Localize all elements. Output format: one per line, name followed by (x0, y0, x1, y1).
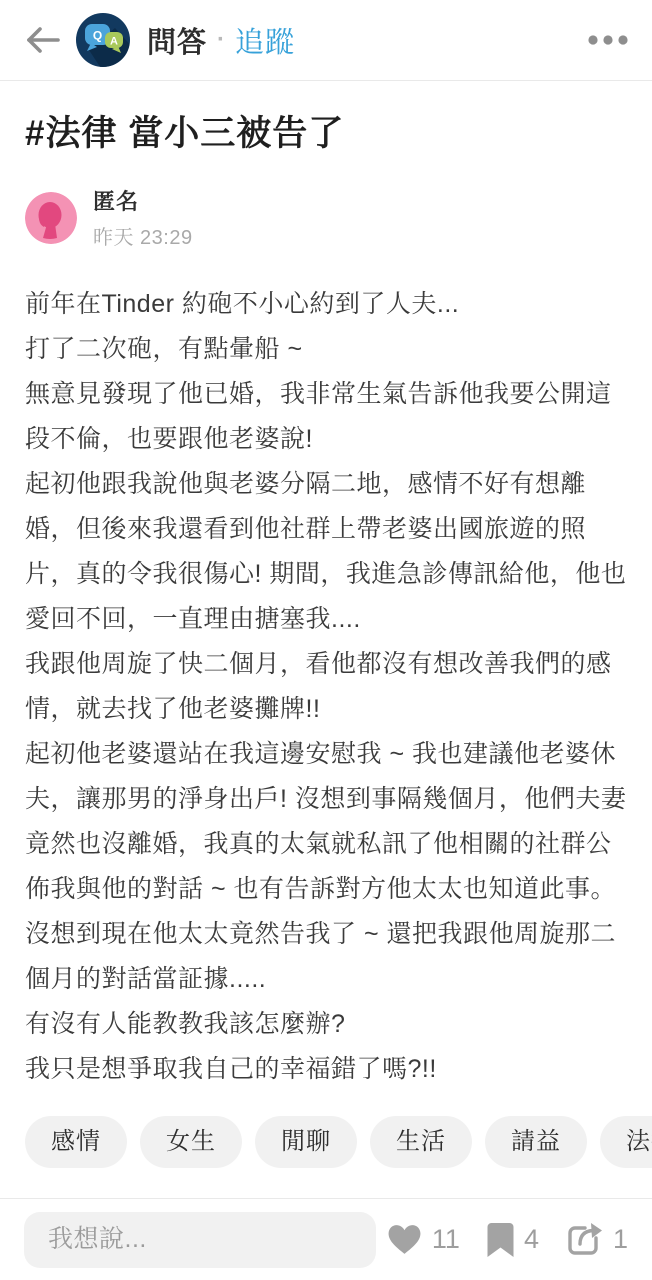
back-button[interactable] (22, 23, 64, 57)
post-detail-screen: Q A 問答 · 追蹤 #法律 當小三被告了 (0, 0, 652, 1280)
comment-input[interactable] (24, 1212, 376, 1268)
anonymous-avatar-icon (25, 192, 77, 244)
tag-row: 感情 女生 閒聊 生活 請益 法律 (25, 1116, 627, 1168)
body-line: 我只是想爭取我自己的幸福錯了嗎?!! (25, 1047, 627, 1092)
arrow-left-icon (22, 24, 62, 56)
bookmark-button[interactable]: 4 (486, 1222, 539, 1258)
author-row: 匿名 昨天 23:29 (25, 185, 627, 250)
like-count: 11 (432, 1224, 460, 1255)
qa-logo-icon: Q A (76, 13, 130, 67)
share-icon (565, 1221, 604, 1258)
svg-text:Q: Q (93, 29, 102, 43)
top-bar: Q A 問答 · 追蹤 (0, 0, 652, 81)
body-line: 竟然也沒離婚，我真的太氣就私訊了他相關的社群公 (25, 822, 627, 867)
more-options-button[interactable] (584, 25, 630, 55)
body-line: 段不倫，也要跟他老婆說! (25, 417, 627, 462)
like-button[interactable]: 11 (386, 1223, 460, 1256)
body-line: 夫，讓那男的淨身出戶! 沒想到事隔幾個月，他們夫妻 (25, 777, 627, 822)
avatar[interactable] (25, 192, 77, 244)
post-timestamp: 昨天 23:29 (93, 221, 193, 250)
body-line: 愛回不回，一直理由搪塞我.... (25, 597, 627, 642)
ellipsis-icon (586, 34, 630, 46)
tag-pill[interactable]: 生活 (370, 1116, 472, 1168)
follow-link[interactable]: 追蹤 (235, 20, 295, 61)
comment-bar: 11 4 1 (0, 1198, 652, 1280)
body-line: 情，就去找了他老婆攤牌!! (25, 687, 627, 732)
bookmark-icon (486, 1222, 515, 1258)
tag-pill[interactable]: 感情 (25, 1116, 127, 1168)
tag-pill[interactable]: 閒聊 (255, 1116, 357, 1168)
author-meta: 匿名 昨天 23:29 (93, 185, 193, 250)
body-line: 無意見發現了他已婚，我非常生氣告訴他我要公開這 (25, 372, 627, 417)
bookmark-count: 4 (524, 1224, 539, 1255)
author-name: 匿名 (93, 185, 193, 216)
tag-pill[interactable]: 法律 (600, 1116, 652, 1168)
body-line: 婚，但後來我還看到他社群上帶老婆出國旅遊的照 (25, 507, 627, 552)
tag-pill[interactable]: 請益 (485, 1116, 587, 1168)
body-line: 前年在Tinder 約砲不小心約到了人夫... (25, 282, 627, 327)
share-button[interactable]: 1 (565, 1221, 628, 1258)
body-line: 起初他老婆還站在我這邊安慰我 ~ 我也建議他老婆休 (25, 732, 627, 777)
heart-icon (386, 1223, 423, 1256)
post-title: #法律 當小三被告了 (25, 111, 627, 157)
post-body: 前年在Tinder 約砲不小心約到了人夫... 打了二次砲，有點暈船 ~ 無意見… (25, 282, 627, 1092)
body-line: 我跟他周旋了快二個月，看他都沒有想改善我們的感 (25, 642, 627, 687)
svg-text:A: A (110, 36, 118, 48)
post-content: #法律 當小三被告了 匿名 昨天 23:29 前年在Tinder 約砲不小心約到… (0, 111, 652, 1168)
tag-pill[interactable]: 女生 (140, 1116, 242, 1168)
body-line: 打了二次砲，有點暈船 ~ (25, 327, 627, 372)
title-separator: · (217, 26, 225, 54)
body-line: 片，真的令我很傷心! 期間，我進急診傳訊給他，他也 (25, 552, 627, 597)
body-line: 佈我與他的對話 ~ 也有告訴對方他太太也知道此事。 (25, 867, 627, 912)
body-line: 沒想到現在他太太竟然告我了 ~ 還把我跟他周旋那二 (25, 912, 627, 957)
share-count: 1 (613, 1224, 628, 1255)
forum-title[interactable]: 問答 (147, 20, 207, 61)
forum-avatar[interactable]: Q A (76, 13, 130, 67)
action-group: 11 4 1 (376, 1221, 628, 1258)
body-line: 個月的對話當証據..... (25, 957, 627, 1002)
body-line: 有沒有人能教教我該怎麼辦? (25, 1002, 627, 1047)
body-line: 起初他跟我說他與老婆分隔二地，感情不好有想離 (25, 462, 627, 507)
